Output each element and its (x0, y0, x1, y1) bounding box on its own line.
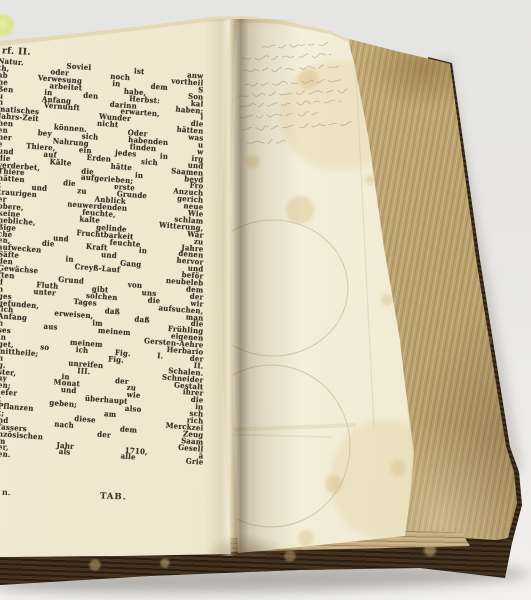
handwriting-stroke (245, 79, 341, 86)
handwriting-stroke (243, 65, 339, 72)
foxing-spot (298, 530, 314, 546)
handwriting-stroke (262, 42, 328, 48)
signature-mark: n. (2, 487, 11, 497)
handwriting-stroke (247, 140, 289, 144)
pressed-leaf-fragment (0, 14, 15, 38)
handwriting-stroke (240, 112, 318, 118)
foxing-spot (298, 69, 318, 89)
handwriting-stroke (241, 54, 331, 60)
fraktur-text-column: Natur. Soviel ist anwth, oder noch vorth… (0, 57, 212, 477)
handwriting-stroke (241, 121, 355, 130)
catchword-tab: TAB. (100, 492, 127, 503)
foxing-spot (365, 175, 375, 185)
gutter-bottom-shadow (190, 498, 300, 556)
foxing-spot (390, 460, 406, 476)
photo-open-antique-book: rf. II. Natur. Soviel ist anwth, oder no… (0, 0, 531, 600)
foxing-spot (381, 294, 393, 306)
handwriting-stroke (238, 89, 352, 97)
foxing-spot (246, 155, 260, 169)
handwriting-stroke (239, 100, 341, 107)
foxing-spot (286, 196, 314, 224)
